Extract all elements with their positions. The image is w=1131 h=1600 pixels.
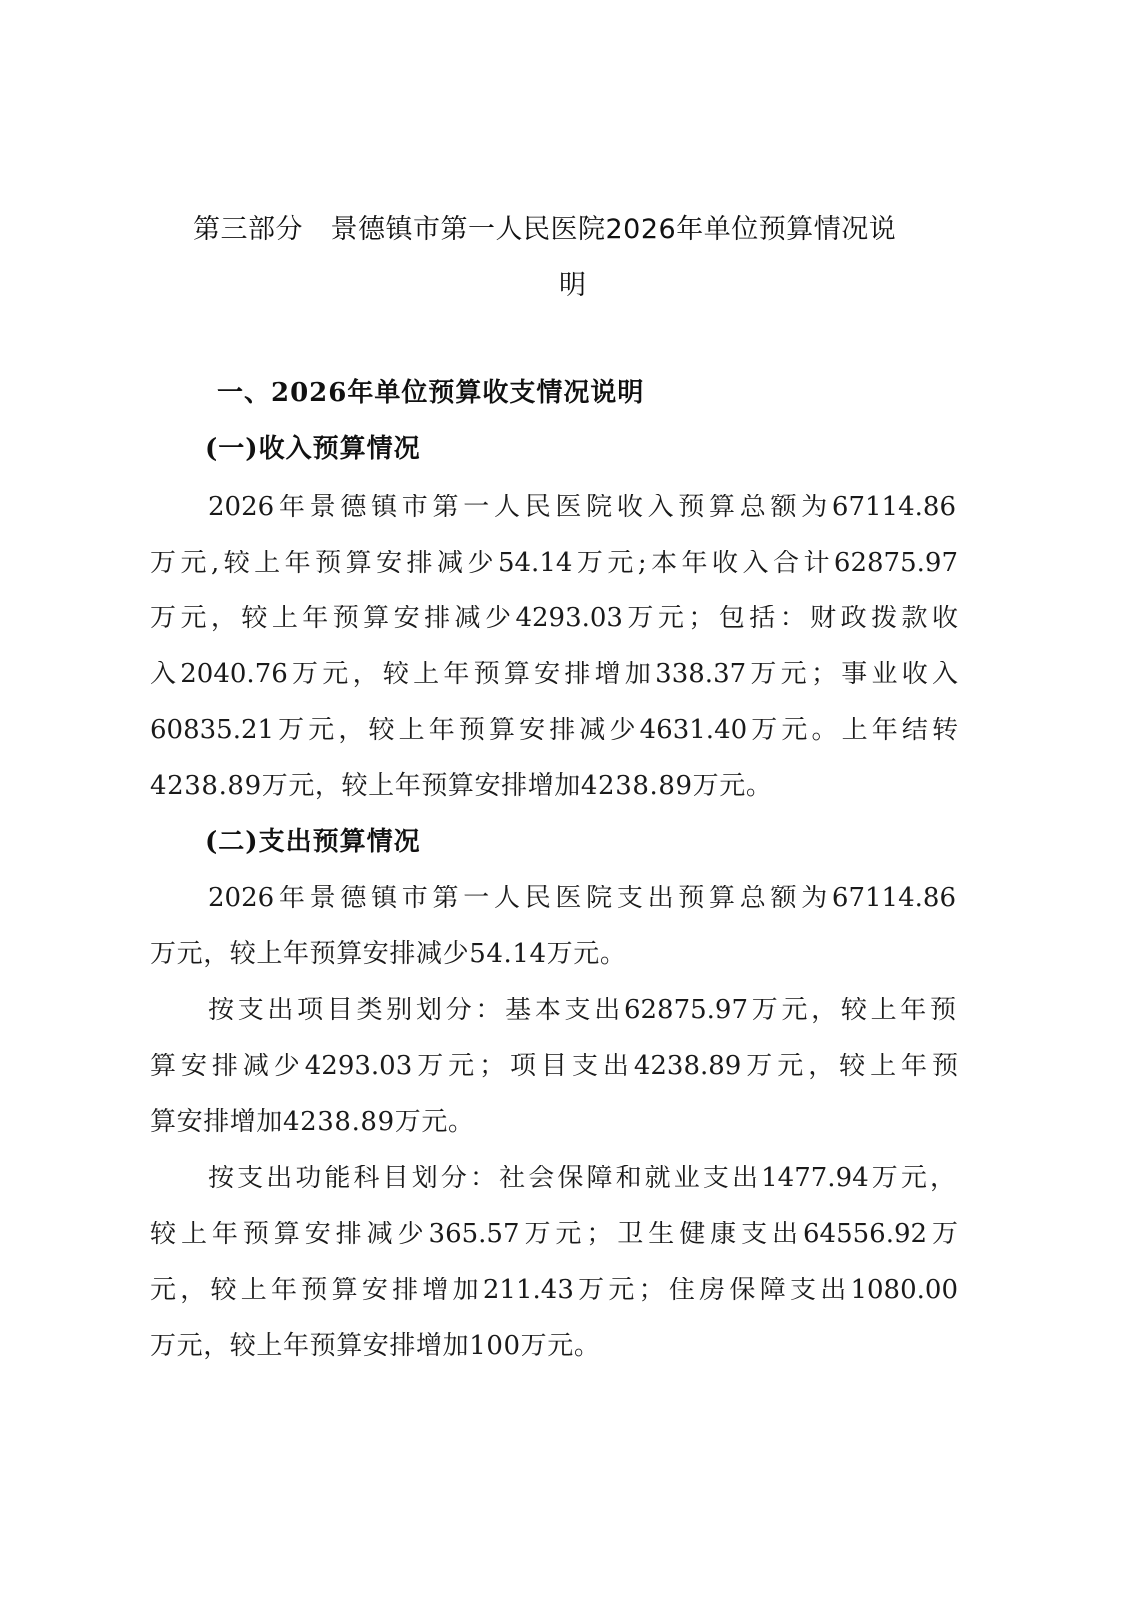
section-heading-1: 一、2026年单位预算收支情况说明 xyxy=(217,380,644,406)
expenditure-para2-line-2: 算安排减少4293.03万元；项目支出4238.89万元，较上年预 xyxy=(150,1053,958,1083)
subsection-heading-expenditure: (二)支出预算情况 xyxy=(205,829,421,855)
document-page: 第三部分 景德镇市第一人民医院2026年单位预算情况说 明 一、2026年单位预… xyxy=(0,0,1131,1600)
expenditure-para3-line-2: 较上年预算安排减少365.57万元；卫生健康支出64556.92万 xyxy=(150,1221,958,1251)
expenditure-para3-line-3: 元，较上年预算安排增加211.43万元；住房保障支出1080.00 xyxy=(150,1277,958,1307)
income-line-4: 入2040.76万元，较上年预算安排增加338.37万元；事业收入 xyxy=(150,661,958,691)
income-line-2: 万元,较上年预算安排减少54.14万元;本年收入合计62875.97 xyxy=(150,550,958,580)
expenditure-para2-line-1: 按支出项目类别划分：基本支出62875.97万元，较上年预 xyxy=(208,997,956,1027)
document-title-line-2: 明 xyxy=(559,272,587,299)
expenditure-para1-line-2: 万元，较上年预算安排减少54.14万元。 xyxy=(150,941,626,967)
income-line-5: 60835.21万元，较上年预算安排减少4631.40万元。上年结转 xyxy=(150,717,958,747)
income-line-6: 4238.89万元，较上年预算安排增加4238.89万元。 xyxy=(150,773,772,799)
income-line-3: 万元，较上年预算安排减少4293.03万元；包括：财政拨款收 xyxy=(150,605,958,635)
subsection-heading-income: (一)收入预算情况 xyxy=(205,436,421,462)
income-line-1: 2026年景德镇市第一人民医院收入预算总额为67114.86 xyxy=(208,494,956,524)
document-title-line-1: 第三部分 景德镇市第一人民医院2026年单位预算情况说 xyxy=(193,216,896,243)
expenditure-para2-line-3: 算安排增加4238.89万元。 xyxy=(150,1109,475,1135)
expenditure-para1-line-1: 2026年景德镇市第一人民医院支出预算总额为67114.86 xyxy=(208,885,956,915)
expenditure-para3-line-1: 按支出功能科目划分：社会保障和就业支出1477.94万元， xyxy=(208,1165,956,1195)
expenditure-para3-line-4: 万元，较上年预算安排增加100万元。 xyxy=(150,1333,600,1359)
